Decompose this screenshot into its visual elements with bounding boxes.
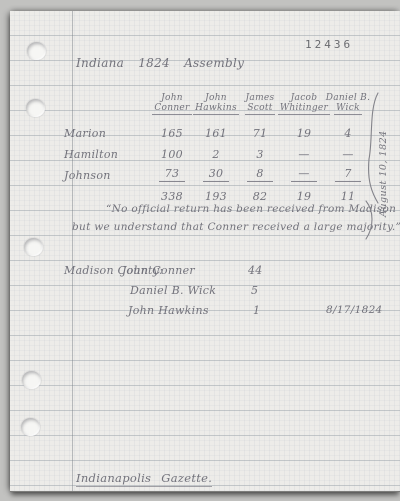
vote-count-underlined: 30: [194, 167, 238, 182]
scanned-document-page: { "page": { "stamp": "12436", "title": "…: [0, 0, 400, 501]
table-row-marion: Marion 165 161 71 19 4: [64, 119, 376, 140]
table-row-hamilton: Hamilton 100 2 3 — —: [64, 140, 376, 161]
punch-hole: [22, 371, 41, 389]
candidate-last-name: Conner: [152, 103, 191, 115]
table-row-totals: 338 193 82 19 11: [64, 182, 376, 203]
total-vote-count: 19: [282, 190, 326, 203]
total-vote-count: 338: [150, 190, 194, 203]
quote-line-1: “No official return has been received fr…: [106, 203, 400, 215]
candidate-last-name: Hawkins: [193, 103, 239, 115]
column-header-hawkins: John Hawkins: [194, 93, 238, 115]
madison-entry-name: Daniel B. Wick: [130, 284, 216, 297]
county-label: Hamilton: [64, 148, 150, 161]
vote-count: 71: [238, 127, 282, 140]
candidate-last-name: Whitinger: [278, 103, 330, 115]
quote-line-2: but we understand that Conner received a…: [72, 221, 400, 233]
punch-hole: [24, 238, 43, 256]
punch-hole: [27, 42, 46, 60]
punch-hole: [21, 418, 40, 436]
ledger-paper: 12436 Indiana 1824 Assembly John Conner …: [10, 11, 400, 492]
vote-count: 2: [194, 148, 238, 161]
candidate-first-name: John: [161, 93, 183, 103]
column-header-conner: John Conner: [150, 93, 194, 115]
madison-entry-value: 44: [248, 264, 263, 277]
candidate-first-name: Jacob: [291, 93, 318, 103]
left-margin-line: [72, 11, 73, 491]
vote-tally-table: John Conner John Hawkins James Scott Jac…: [64, 89, 376, 203]
column-header-scott: James Scott: [238, 93, 282, 115]
table-row-johnson: Johnson 73 30 8 — 7: [64, 161, 376, 182]
total-vote-count: 193: [194, 190, 238, 203]
punch-hole: [26, 99, 45, 117]
county-label: Marion: [64, 127, 150, 140]
madison-entry-value: 5: [251, 284, 258, 297]
candidate-last-name: Wick: [334, 103, 362, 115]
vote-count: 3: [238, 148, 282, 161]
vote-count: 161: [194, 127, 238, 140]
vote-count-underlined: 73: [150, 167, 194, 182]
county-label: Johnson: [64, 169, 150, 182]
madison-date: 8/17/1824: [326, 304, 383, 316]
archive-stamp-number: 12436: [305, 38, 353, 51]
vote-count: 100: [150, 148, 194, 161]
madison-entry-value: 1: [253, 304, 260, 317]
page-title: Indiana 1824 Assembly: [76, 56, 244, 70]
madison-entry-name: John Hawkins: [128, 304, 209, 317]
candidate-last-name: Scott: [245, 103, 274, 115]
candidate-first-name: John: [205, 93, 227, 103]
source-citation: Indianapolis Gazette.: [76, 471, 212, 487]
vote-count: 19: [282, 127, 326, 140]
madison-entry-name: John Conner: [122, 264, 195, 277]
vote-count: —: [282, 148, 326, 161]
candidate-first-name: James: [246, 93, 275, 103]
closing-paren-mark: [362, 199, 376, 241]
vote-count-underlined: 8: [238, 167, 282, 182]
table-header-row: John Conner John Hawkins James Scott Jac…: [64, 89, 376, 115]
vote-count-underlined: —: [282, 167, 326, 182]
column-header-whitinger: Jacob Whitinger: [282, 93, 326, 115]
vote-count: 165: [150, 127, 194, 140]
vertical-date-note: August 10, 1824: [378, 95, 389, 217]
total-vote-count: 82: [238, 190, 282, 203]
